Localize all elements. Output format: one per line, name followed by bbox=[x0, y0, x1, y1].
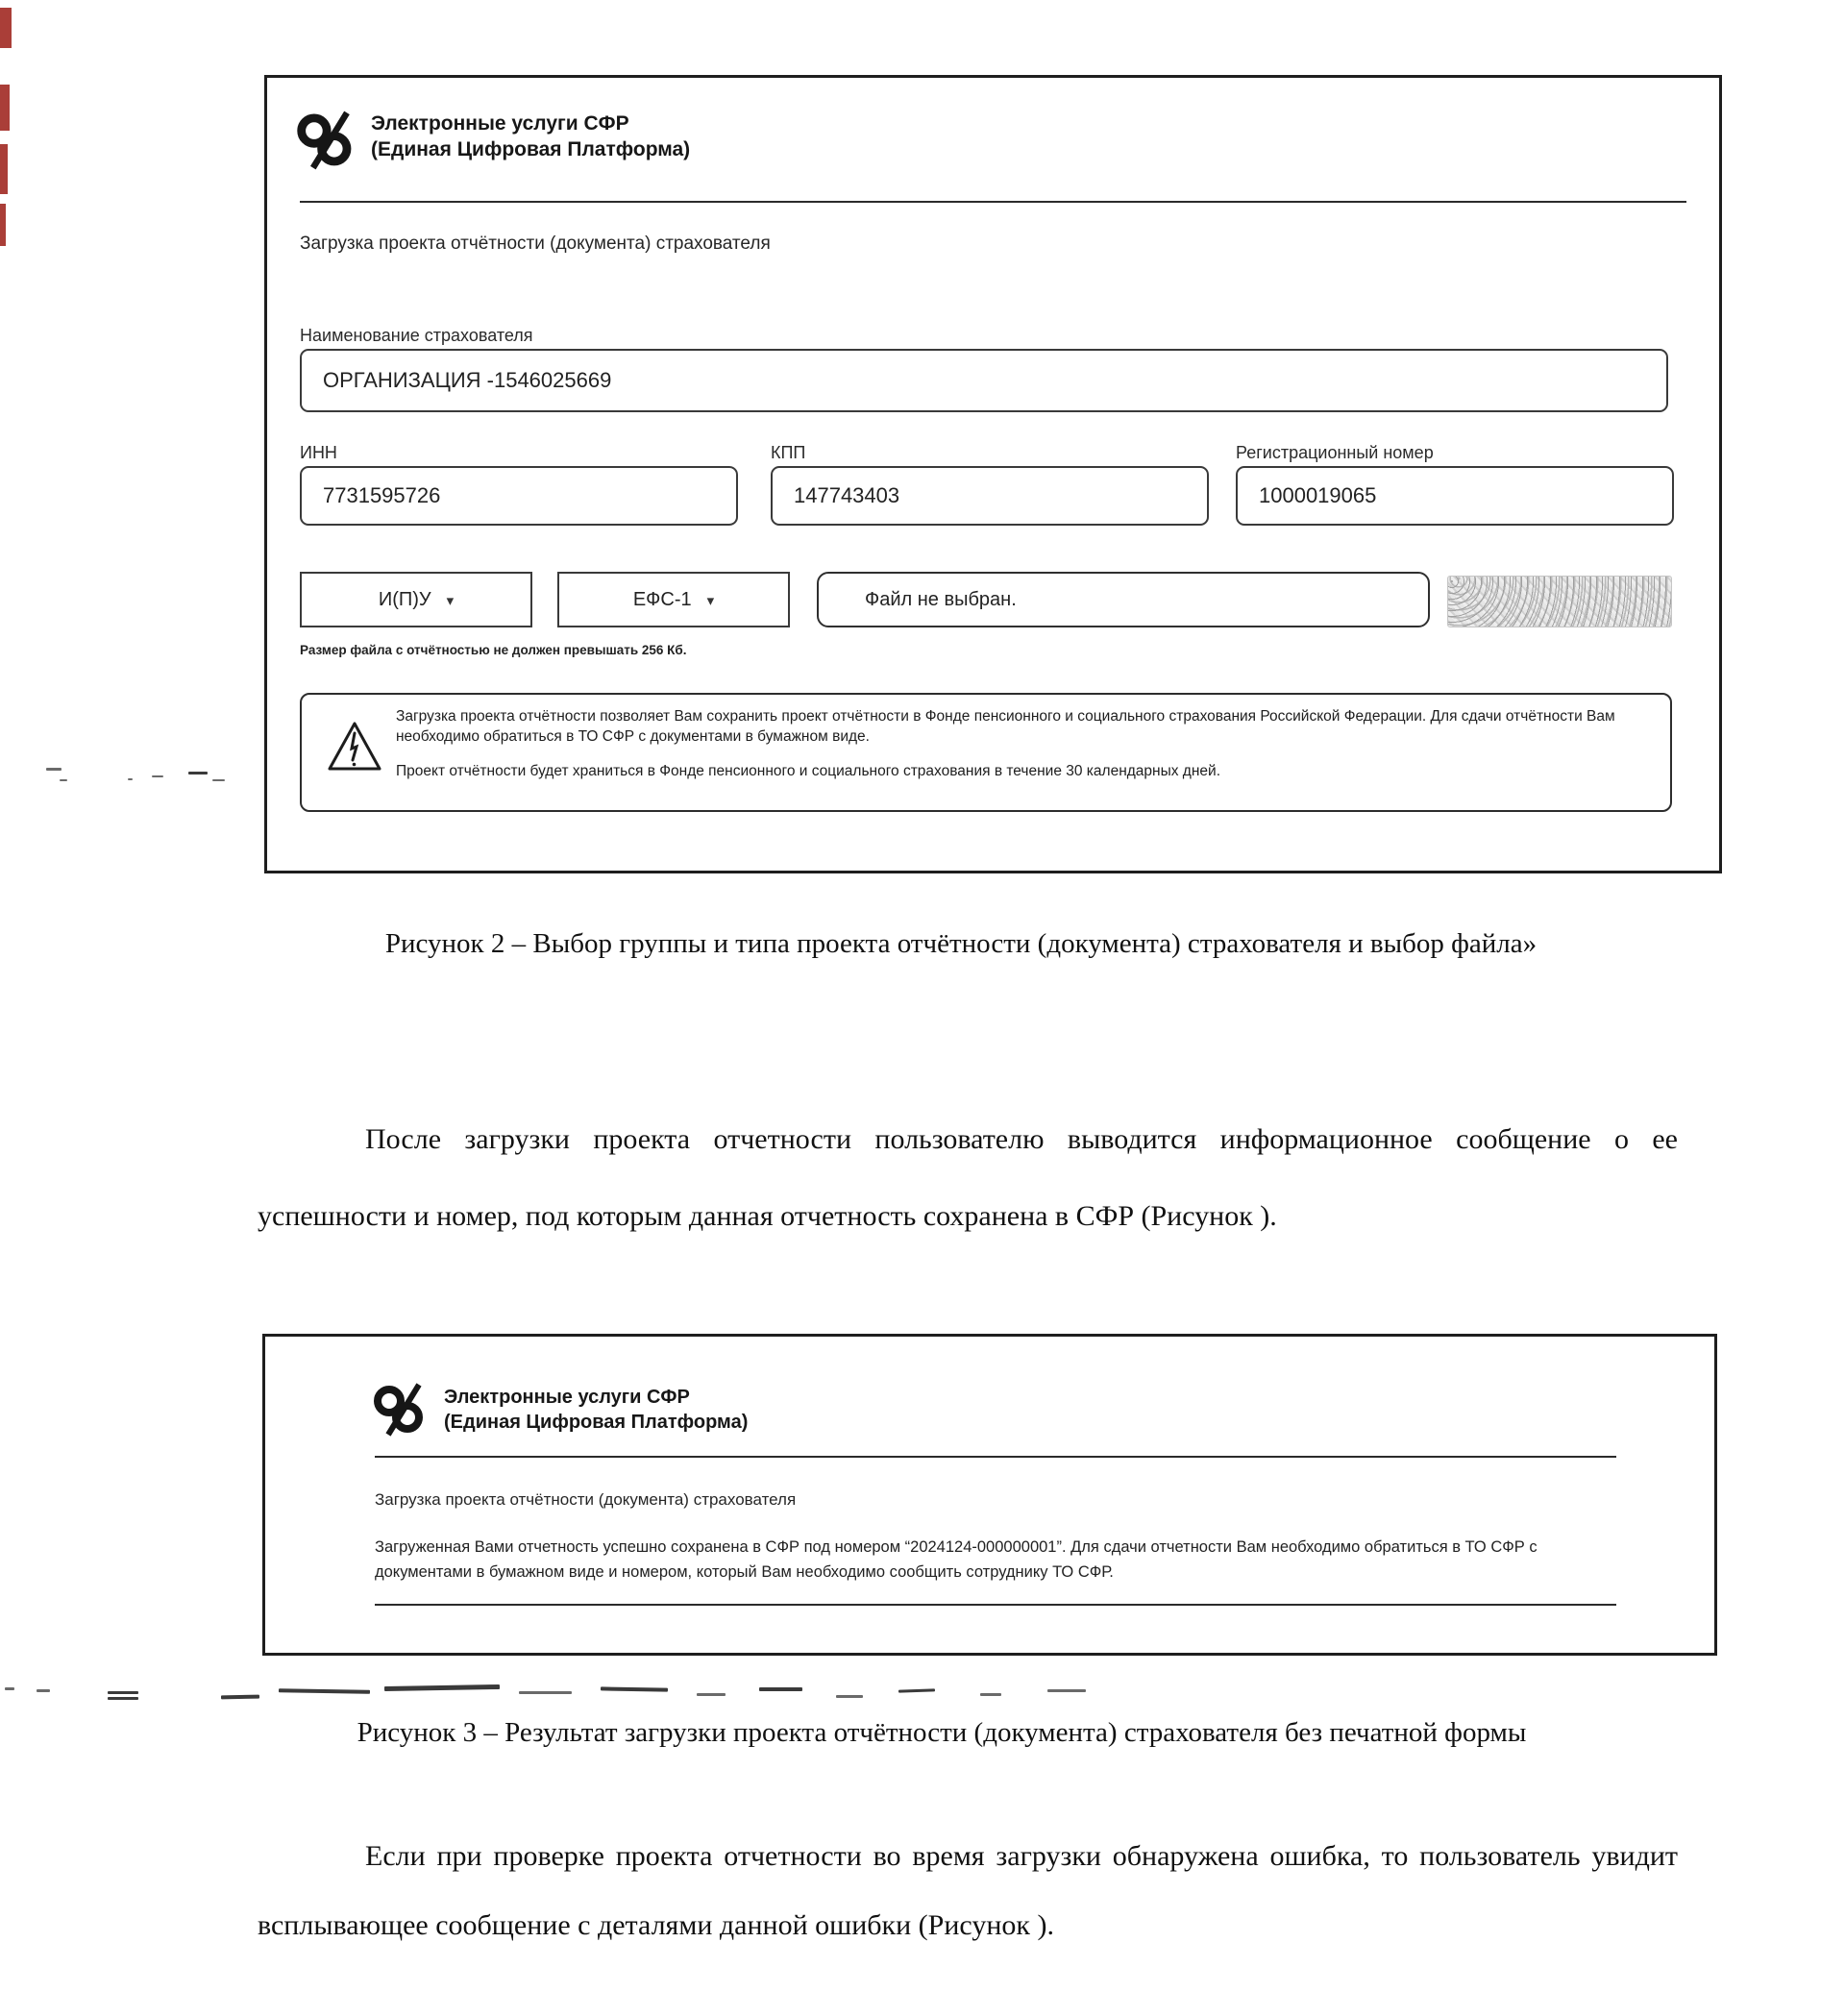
kpp-value: 147743403 bbox=[794, 483, 899, 508]
scan-artifact bbox=[46, 768, 61, 771]
kpp-field[interactable]: 147743403 bbox=[771, 466, 1209, 526]
chevron-down-icon: ▾ bbox=[707, 594, 715, 608]
inn-value: 7731595726 bbox=[323, 483, 440, 508]
upload-button-redacted[interactable] bbox=[1447, 576, 1672, 627]
body-paragraph-1: После загрузки проекта отчетности пользо… bbox=[258, 1101, 1678, 1255]
inn-label: ИНН bbox=[300, 443, 337, 463]
sfr-logo-icon bbox=[294, 109, 357, 172]
scan-artifact bbox=[37, 1689, 50, 1692]
report-group-dropdown[interactable]: И(П)У ▾ bbox=[300, 572, 532, 627]
figure2-screenshot: Электронные услуги СФР (Единая Цифровая … bbox=[264, 75, 1722, 873]
scan-artifact bbox=[188, 772, 208, 774]
scan-artifact bbox=[60, 779, 67, 781]
scan-red-mark bbox=[0, 144, 8, 194]
warning-panel: Загрузка проекта отчётности позволяет Ва… bbox=[300, 693, 1672, 812]
scan-artifact bbox=[519, 1691, 572, 1694]
footer-divider bbox=[375, 1604, 1616, 1606]
page-title: Загрузка проекта отчётности (документа) … bbox=[300, 234, 771, 255]
warning-triangle-icon bbox=[327, 720, 382, 774]
report-group-value: И(П)У bbox=[379, 589, 431, 611]
chevron-down-icon: ▾ bbox=[447, 594, 455, 608]
report-type-value: ЕФС-1 bbox=[633, 589, 692, 611]
kpp-label: КПП bbox=[771, 443, 805, 463]
figure3-caption: Рисунок 3 – Результат загрузки проекта о… bbox=[269, 1709, 1614, 1757]
scan-artifact bbox=[108, 1697, 138, 1700]
scan-artifact bbox=[601, 1686, 668, 1691]
insurer-name-value: ОРГАНИЗАЦИЯ -1546025669 bbox=[323, 368, 611, 393]
brand-title: Электронные услуги СФР bbox=[444, 1385, 748, 1410]
header-divider bbox=[375, 1456, 1616, 1458]
warning-paragraph-1: Загрузка проекта отчётности позволяет Ва… bbox=[396, 706, 1650, 747]
brand-title-block: Электронные услуги СФР (Единая Цифровая … bbox=[371, 111, 690, 162]
reg-number-label: Регистрационный номер bbox=[1236, 443, 1434, 463]
scan-artifact bbox=[152, 775, 163, 777]
file-size-hint: Размер файла с отчётностью не должен пре… bbox=[300, 643, 687, 657]
warning-text-block: Загрузка проекта отчётности позволяет Ва… bbox=[396, 706, 1650, 781]
scan-artifact bbox=[980, 1693, 1001, 1696]
warning-paragraph-2: Проект отчётности будет храниться в Фонд… bbox=[396, 761, 1650, 781]
scan-red-mark bbox=[0, 8, 12, 48]
scan-red-mark bbox=[0, 204, 6, 246]
file-picker-field[interactable]: Файл не выбран. bbox=[817, 572, 1430, 627]
scan-artifact bbox=[279, 1688, 370, 1694]
success-message: Загруженная Вами отчетность успешно сохр… bbox=[375, 1535, 1634, 1585]
figure3-screenshot: Электронные услуги СФР (Единая Цифровая … bbox=[262, 1334, 1717, 1656]
scan-artifact bbox=[898, 1688, 935, 1692]
scan-artifact bbox=[5, 1687, 14, 1690]
page-title: Загрузка проекта отчётности (документа) … bbox=[375, 1490, 796, 1510]
brand-title-block: Электронные услуги СФР (Единая Цифровая … bbox=[444, 1385, 748, 1435]
sfr-logo-icon bbox=[371, 1381, 429, 1438]
scan-artifact bbox=[697, 1693, 726, 1696]
figure2-caption: Рисунок 2 – Выбор группы и типа проекта … bbox=[240, 919, 1682, 969]
report-type-dropdown[interactable]: ЕФС-1 ▾ bbox=[557, 572, 790, 627]
insurer-name-label: Наименование страхователя bbox=[300, 326, 533, 346]
scan-artifact bbox=[1047, 1689, 1086, 1692]
scan-artifact bbox=[108, 1691, 138, 1694]
header-divider bbox=[300, 201, 1686, 203]
insurer-name-field[interactable]: ОРГАНИЗАЦИЯ -1546025669 bbox=[300, 349, 1668, 412]
scan-artifact bbox=[212, 779, 225, 781]
scan-artifact bbox=[836, 1695, 863, 1698]
scan-artifact bbox=[221, 1695, 259, 1700]
scan-artifact bbox=[759, 1687, 802, 1691]
brand-title: Электронные услуги СФР bbox=[371, 111, 690, 136]
reg-number-value: 1000019065 bbox=[1259, 483, 1376, 508]
inn-field[interactable]: 7731595726 bbox=[300, 466, 738, 526]
document-page: { "colors": { "scan_artifact_red": "#9b1… bbox=[0, 0, 1845, 2016]
reg-number-field[interactable]: 1000019065 bbox=[1236, 466, 1674, 526]
file-picker-value: Файл не выбран. bbox=[865, 589, 1017, 611]
brand-subtitle: (Единая Цифровая Платформа) bbox=[371, 136, 690, 162]
brand-subtitle: (Единая Цифровая Платформа) bbox=[444, 1410, 748, 1435]
scan-artifact bbox=[384, 1684, 500, 1691]
body-paragraph-2: Если при проверке проекта отчетности во … bbox=[258, 1822, 1678, 1960]
scan-red-mark bbox=[0, 85, 10, 131]
scan-artifact bbox=[128, 778, 133, 780]
